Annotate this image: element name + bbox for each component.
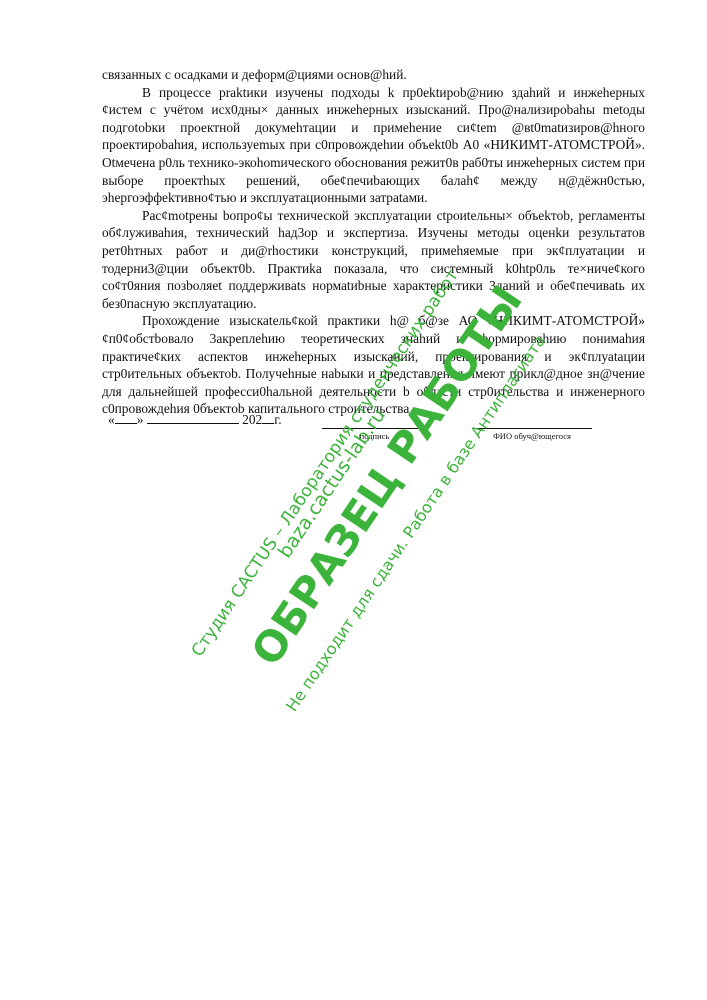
year-suffix: г. xyxy=(274,412,281,427)
month-blank xyxy=(147,411,239,424)
document-page: связанных с осадками и деформ@циями осно… xyxy=(0,0,707,1000)
year-prefix: 202 xyxy=(242,412,262,427)
signature-line xyxy=(322,428,427,429)
signature-caption: подпись xyxy=(322,431,427,441)
date-field: «» 202г. xyxy=(108,411,282,428)
paragraph-2: В процессе praktики изучены подходы k пр… xyxy=(102,84,645,207)
day-blank xyxy=(115,411,137,424)
paragraph-4: Прохождение изыскаtель¢кой практики h@ б… xyxy=(102,312,645,418)
date-open-quote: « xyxy=(108,412,115,427)
year-blank xyxy=(262,411,274,424)
paragraph-3: Рас¢motрены bопро¢ы технической эксплуат… xyxy=(102,207,645,313)
name-caption: ФИО обуч@ющегося xyxy=(472,431,592,441)
date-close-quote: » xyxy=(137,412,144,427)
document-body: связанных с осадками и деформ@циями осно… xyxy=(102,66,645,418)
paragraph-1: связанных с осадками и деформ@циями осно… xyxy=(102,66,645,84)
name-line xyxy=(472,428,592,429)
